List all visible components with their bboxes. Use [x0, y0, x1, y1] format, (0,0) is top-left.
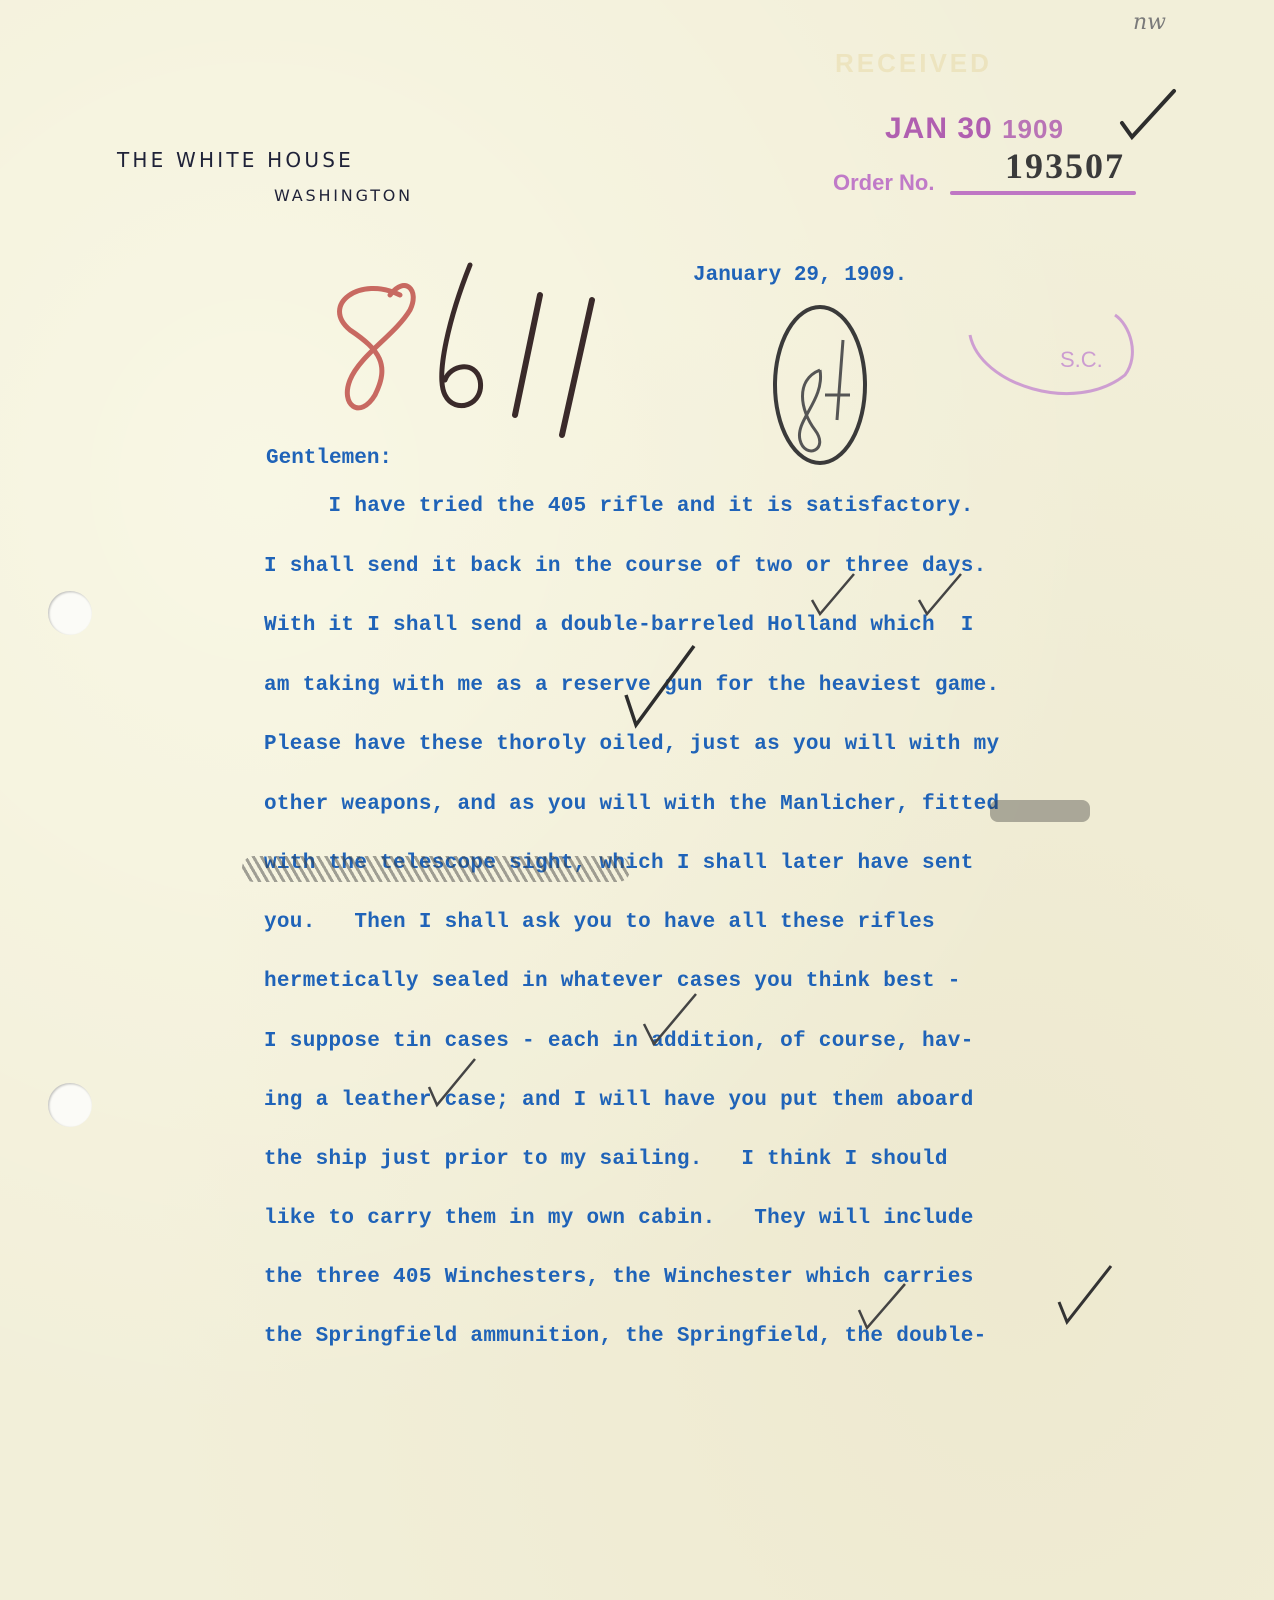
strikethrough-scribble	[242, 856, 630, 882]
checkmark-icon	[915, 570, 965, 620]
letter-date: January 29, 1909.	[693, 264, 907, 287]
body-line: Please have these thoroly oiled, just as…	[264, 733, 999, 756]
handwritten-file-number: 8611	[320, 255, 680, 445]
order-number: 193507	[1005, 145, 1125, 187]
received-year: 1909	[1002, 114, 1064, 144]
body-line: ing a leather case; and I will have you …	[264, 1089, 974, 1112]
circled-number-annotation	[765, 300, 875, 470]
greeting: Gentlemen:	[266, 447, 392, 470]
checkmark-icon	[1055, 1262, 1115, 1327]
circle-stamp-text: S.C.	[1060, 347, 1103, 372]
strikethrough-scribble-fitted	[990, 800, 1090, 822]
body-line: With it I shall send a double-barreled H…	[264, 614, 974, 637]
body-line: the ship just prior to my sailing. I thi…	[264, 1148, 948, 1171]
checkmark-icon	[640, 990, 700, 1050]
received-date-stamp: JAN 30 1909	[885, 112, 1064, 146]
checkmark-icon	[855, 1280, 910, 1335]
circle-stamp: S.C.	[965, 305, 1135, 405]
faint-received-stamp: RECEIVED	[835, 48, 992, 79]
letterhead-title: THE WHITE HOUSE	[117, 148, 354, 172]
received-date: JAN 30	[885, 112, 993, 145]
hole-punch	[48, 1083, 92, 1127]
body-line: other weapons, and as you will with the …	[264, 793, 999, 816]
body-line: hermetically sealed in whatever cases yo…	[264, 970, 961, 993]
body-line: I suppose tin cases - each in addition, …	[264, 1030, 974, 1053]
body-line: like to carry them in my own cabin. They…	[264, 1207, 974, 1230]
checkmark-icon	[425, 1055, 480, 1110]
order-underline	[950, 191, 1136, 195]
hole-punch	[48, 591, 92, 635]
checkmark-icon	[1118, 85, 1178, 145]
checkmark-icon	[808, 570, 858, 620]
letterhead-subtitle: WASHINGTON	[274, 186, 413, 205]
checkmark-icon	[620, 640, 700, 730]
body-line: I have tried the 405 rifle and it is sat…	[264, 495, 974, 518]
pencil-initials: nw	[1133, 10, 1166, 35]
body-line: you. Then I shall ask you to have all th…	[264, 911, 935, 934]
order-label: Order No.	[833, 170, 934, 196]
body-line: I shall send it back in the course of tw…	[264, 555, 987, 578]
